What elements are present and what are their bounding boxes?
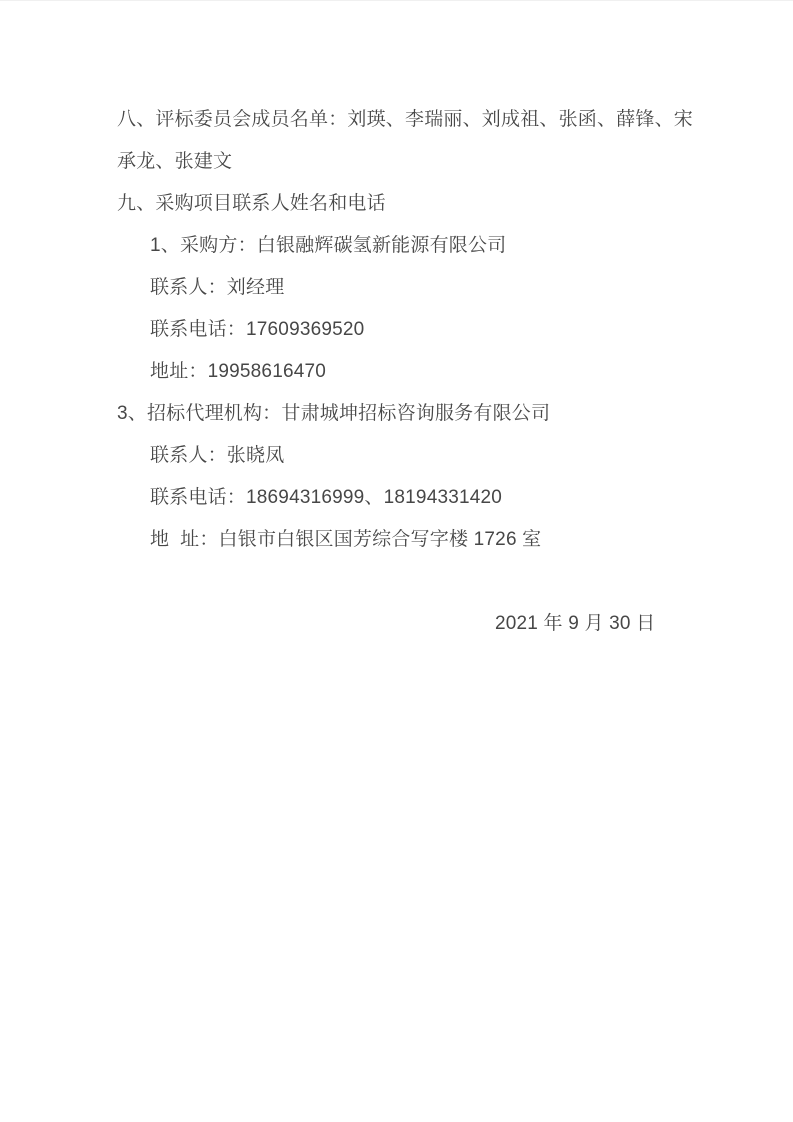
doc-line-contact-section-heading: 九、采购项目联系人姓名和电话	[117, 183, 738, 225]
doc-line-agency-phone: 联系电话：18694316999、18194331420	[117, 477, 738, 519]
doc-line-agency-address: 地 址：白银市白银区国芳综合写字楼 1726 室	[117, 519, 738, 561]
doc-line-purchaser-contact: 联系人：刘经理	[117, 267, 738, 309]
document-page: 八、评标委员会成员名单：刘瑛、李瑞丽、刘成祖、张函、薛锋、宋 承龙、张建文 九、…	[0, 1, 793, 645]
doc-line-agency: 3、招标代理机构：甘肃城坤招标咨询服务有限公司	[117, 393, 738, 435]
document-date: 2021 年 9 月 30 日	[117, 603, 738, 645]
doc-line-purchaser: 1、采购方：白银融辉碳氢新能源有限公司	[117, 225, 738, 267]
doc-line-agency-contact: 联系人：张晓凤	[117, 435, 738, 477]
doc-line-purchaser-address: 地址：19958616470	[117, 351, 738, 393]
doc-line-committee-members-cont: 承龙、张建文	[117, 141, 738, 183]
doc-line-committee-members: 八、评标委员会成员名单：刘瑛、李瑞丽、刘成祖、张函、薛锋、宋	[117, 99, 738, 141]
doc-line-purchaser-phone: 联系电话：17609369520	[117, 309, 738, 351]
